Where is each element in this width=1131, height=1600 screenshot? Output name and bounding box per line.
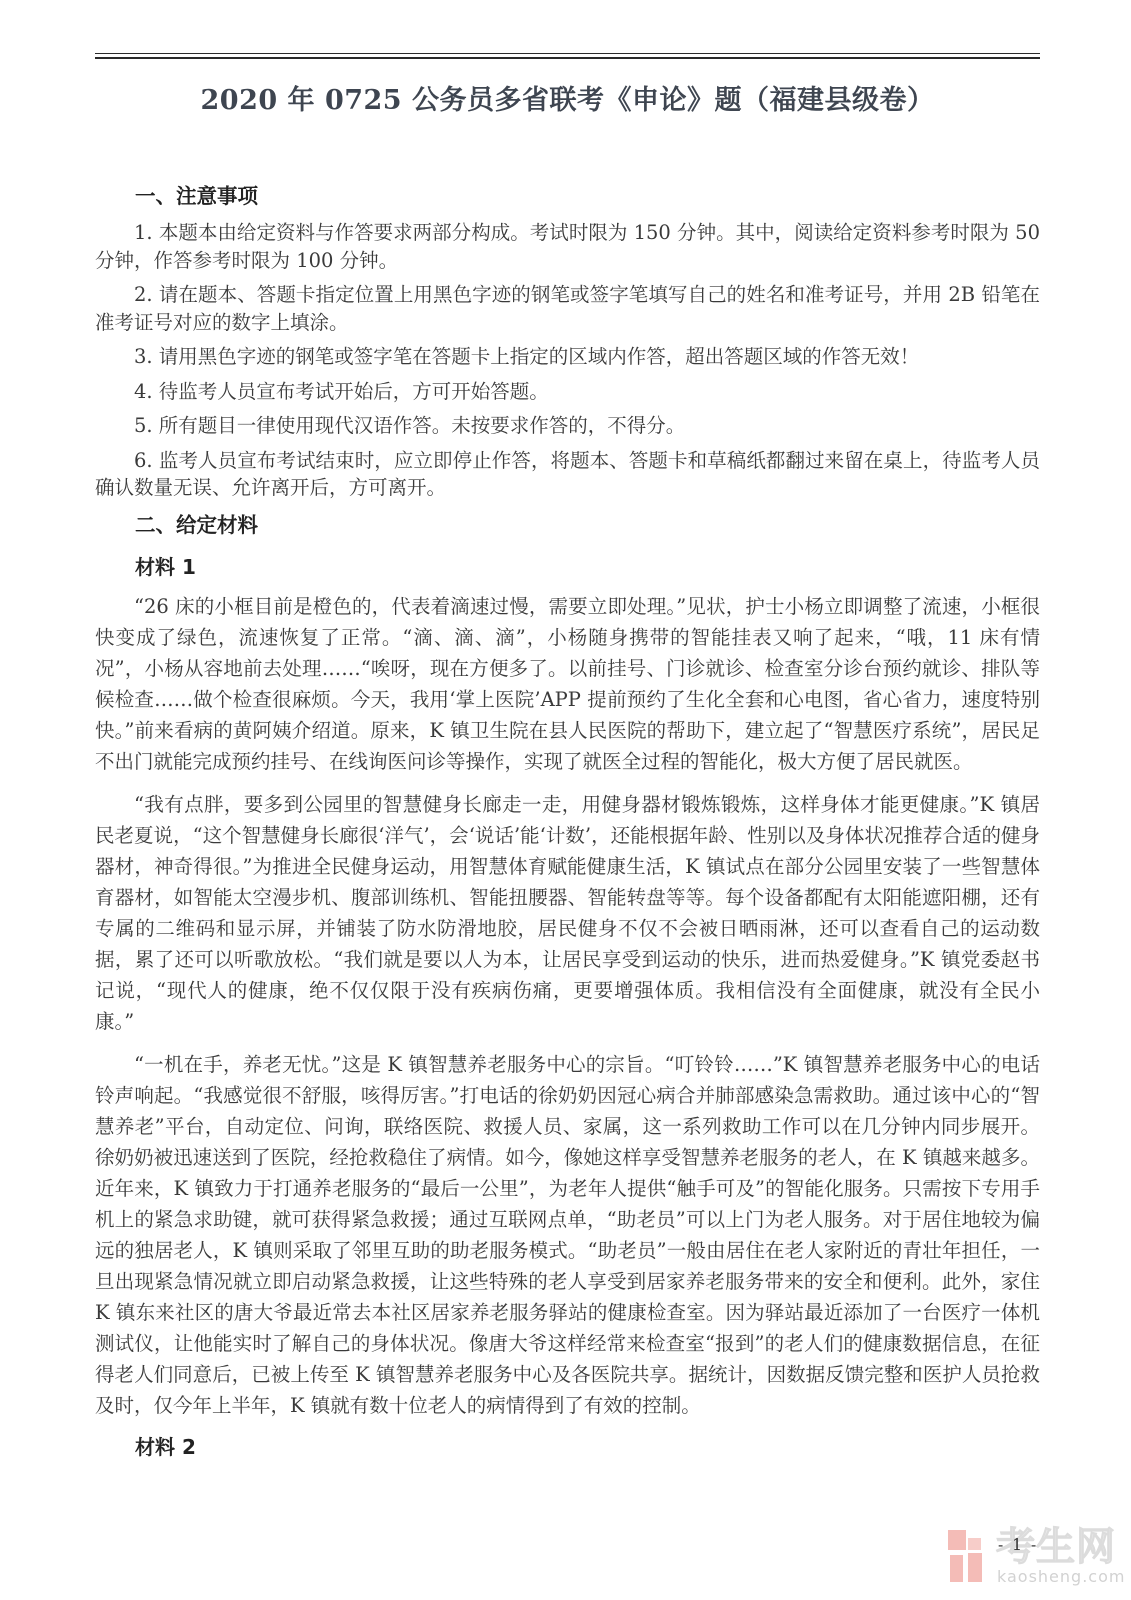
material-2-label: 材料 2	[95, 1433, 1040, 1461]
page-number: - 1 -	[998, 1536, 1038, 1554]
notice-section-heading: 一、注意事项	[95, 182, 1040, 210]
kaosheng-logo-icon	[968, 1538, 981, 1550]
kaosheng-logo-icon	[968, 1553, 982, 1582]
watermark-site-domain: kaosheng.com	[997, 1569, 1125, 1585]
notice-item: 3. 请用黑色字迹的钢笔或签字笔在答题卡上指定的区域内作答，超出答题区域的作答无…	[95, 343, 1040, 371]
material-paragraph: “26 床的小框目前是橙色的，代表着滴速过慢，需要立即处理。”见状，护士小杨立即…	[95, 591, 1040, 777]
notice-item: 4. 待监考人员宣布考试开始后，方可开始答题。	[95, 378, 1040, 406]
notice-item: 1. 本题本由给定资料与作答要求两部分构成。考试时限为 150 分钟。其中，阅读…	[95, 219, 1040, 274]
material-paragraph: “我有点胖，要多到公园里的智慧健身长廊走一走，用健身器材锻炼锻炼，这样身体才能更…	[95, 789, 1040, 1037]
materials-section-heading: 二、给定材料	[95, 511, 1040, 539]
page-content: 2020 年 0725 公务员多省联考《申论》题（福建县级卷） 一、注意事项 1…	[95, 0, 1040, 1461]
notice-item: 5. 所有题目一律使用现代汉语作答。未按要求作答的，不得分。	[95, 412, 1040, 440]
notice-item: 2. 请在题本、答题卡指定位置上用黑色字迹的钢笔或签字笔填写自己的姓名和准考证号…	[95, 281, 1040, 336]
header-double-rule	[95, 53, 1040, 59]
material-1-label: 材料 1	[95, 553, 1040, 581]
document-page: 2020 年 0725 公务员多省联考《申论》题（福建县级卷） 一、注意事项 1…	[0, 0, 1131, 1600]
material-paragraph: “一机在手，养老无忧。”这是 K 镇智慧养老服务中心的宗旨。“叮铃铃……”K 镇…	[95, 1049, 1040, 1421]
kaosheng-logo-icon	[950, 1555, 963, 1582]
notice-item: 6. 监考人员宣布考试结束时，应立即停止作答，将题本、答题卡和草稿纸都翻过来留在…	[95, 447, 1040, 502]
page-title: 2020 年 0725 公务员多省联考《申论》题（福建县级卷）	[95, 84, 1040, 118]
kaosheng-logo-icon	[948, 1530, 966, 1550]
